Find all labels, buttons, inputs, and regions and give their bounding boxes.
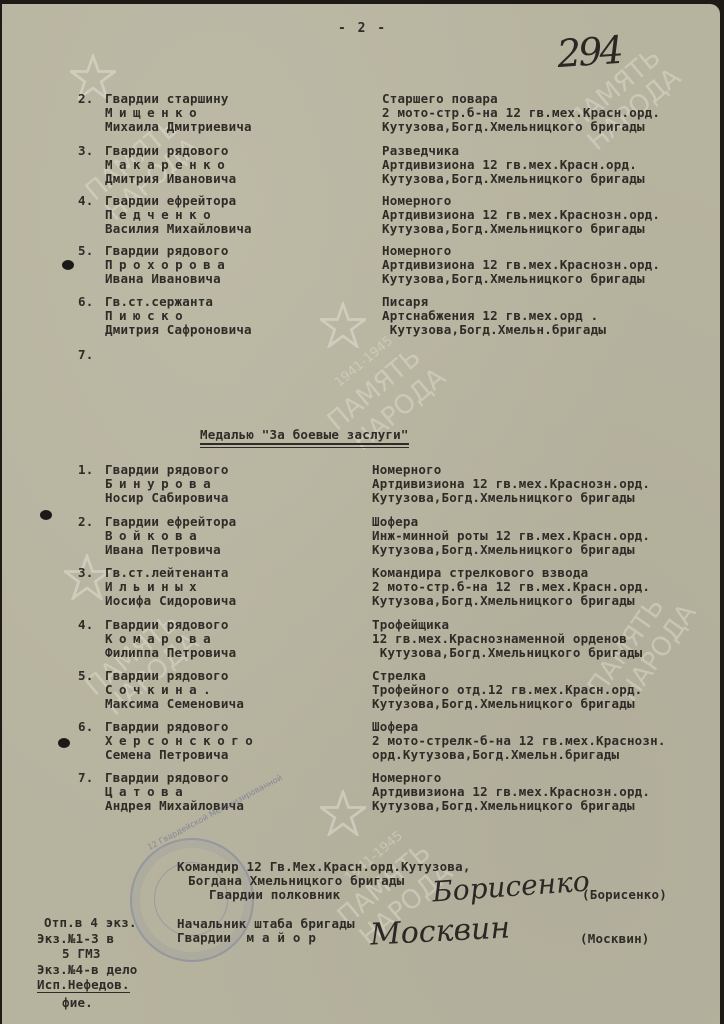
entry-rank: Гвардии старшину xyxy=(105,92,229,106)
distribution-line: Отп.в 4 экз. xyxy=(44,916,137,930)
entry-number: 2. xyxy=(78,92,93,106)
entry-surname: Пиюско xyxy=(105,309,189,323)
distribution-initials: фие. xyxy=(62,996,93,1010)
section-title: Медалью "За боевые заслуги" xyxy=(200,428,409,445)
award-entry: 7. xyxy=(78,348,109,390)
entry-surname: Мищенко xyxy=(105,106,203,120)
entry-number: 7. xyxy=(78,771,93,785)
chief-of-staff-signature: Москвин xyxy=(369,910,511,952)
entry-given-name: Максима Семеновича xyxy=(105,697,244,711)
entry-rank: Гвардии рядового xyxy=(105,244,229,258)
distribution-executor: Исп.Нефедов. xyxy=(37,978,130,993)
watermark-star-icon xyxy=(320,790,366,836)
entry-surname: Педченко xyxy=(105,208,217,222)
entry-rank: Гвардии рядового xyxy=(105,618,229,632)
entry-given-name: Василия Михайловича xyxy=(105,222,252,236)
entry-rank: Гвардии ефрейтора xyxy=(105,194,236,208)
entry-given-name: Ивана Петровича xyxy=(105,543,221,557)
entry-surname: Сочкина. xyxy=(105,683,217,697)
entry-number: 1. xyxy=(78,463,93,477)
commander-name: (Борисенко) xyxy=(582,888,667,902)
entry-number: 5. xyxy=(78,244,93,258)
punch-hole xyxy=(62,260,74,270)
entry-number: 5. xyxy=(78,669,93,683)
entry-position: Писаря Артснабжения 12 гв.мех.орд . Куту… xyxy=(382,295,413,365)
entry-rank: Гвардии рядового xyxy=(105,720,229,734)
entry-number: 6. xyxy=(78,720,93,734)
punch-hole xyxy=(58,738,70,748)
entry-surname: Комарова xyxy=(105,632,217,646)
entry-number: 2. xyxy=(78,515,93,529)
document-page: 1941-1945 ПАМЯТЬ НАРОДА ПАМЯТЬ НАРОДА ПА… xyxy=(2,4,720,1024)
entry-surname: Прохорова xyxy=(105,258,231,272)
entry-given-name: Дмитрия Ивановича xyxy=(105,172,236,186)
page-number: - 2 - xyxy=(338,22,387,36)
entry-given-name: Семена Петровича xyxy=(105,748,229,762)
distribution-line: Экз.№4-в дело xyxy=(37,963,137,977)
entry-number: 6. xyxy=(78,295,93,309)
entry-rank: Гвардии рядового xyxy=(105,669,229,683)
entry-number: 7. xyxy=(78,348,93,362)
commander-title-line2: Богдана Хмельницкого бригады xyxy=(188,874,404,888)
entry-surname: Херсонского xyxy=(105,734,259,748)
entry-position: Номерного Артдивизиона 12 гв.мех.Красноз… xyxy=(372,771,403,841)
distribution-line: 5 ГМЗ xyxy=(62,947,101,961)
entry-rank: Гвардии ефрейтора xyxy=(105,515,236,529)
entry-given-name: Ивана Ивановича xyxy=(105,272,221,286)
entry-rank: Гв.ст.сержанта xyxy=(105,295,213,309)
folio-number-handwritten: 294 xyxy=(556,28,622,76)
distribution-line: Экз.№1-3 в xyxy=(37,932,114,946)
entry-rank: Гвардии рядового xyxy=(105,771,229,785)
entry-given-name: Михаила Дмитриевича xyxy=(105,120,252,134)
entry-surname: Войкова xyxy=(105,529,203,543)
entry-surname: Цатова xyxy=(105,785,189,799)
watermark-star-icon xyxy=(320,302,366,348)
entry-rank: Гвардии рядового xyxy=(105,144,229,158)
entry-given-name: Носир Сабировича xyxy=(105,491,229,505)
entry-rank: Гвардии рядового xyxy=(105,463,229,477)
chief-of-staff-name: (Москвин) xyxy=(580,932,650,946)
entry-number: 4. xyxy=(78,194,93,208)
entry-rank: Гв.ст.лейтенанта xyxy=(105,566,229,580)
award-entry: 7. Гвардии рядового Цатова Андрея Михайл… xyxy=(78,771,109,855)
commander-title-line1: Командир 12 Гв.Мех.Красн.орд.Кутузова, xyxy=(177,860,471,874)
punch-hole xyxy=(40,510,52,520)
entry-given-name: Иосифа Сидоровича xyxy=(105,594,236,608)
entry-given-name: Дмитрия Сафроновича xyxy=(105,323,252,337)
entry-number: 4. xyxy=(78,618,93,632)
entry-surname: Бинурова xyxy=(105,477,217,491)
entry-surname: Макаренко xyxy=(105,158,231,172)
entry-number: 3. xyxy=(78,566,93,580)
entry-surname: Ильиных xyxy=(105,580,203,594)
commander-rank: Гвардии полковник xyxy=(209,888,340,902)
chief-of-staff-title: Начальник штаба бригады xyxy=(177,917,355,931)
chief-of-staff-rank: Гвардии м а й о р xyxy=(177,931,316,945)
entry-given-name: Филиппа Петровича xyxy=(105,646,236,660)
entry-number: 3. xyxy=(78,144,93,158)
